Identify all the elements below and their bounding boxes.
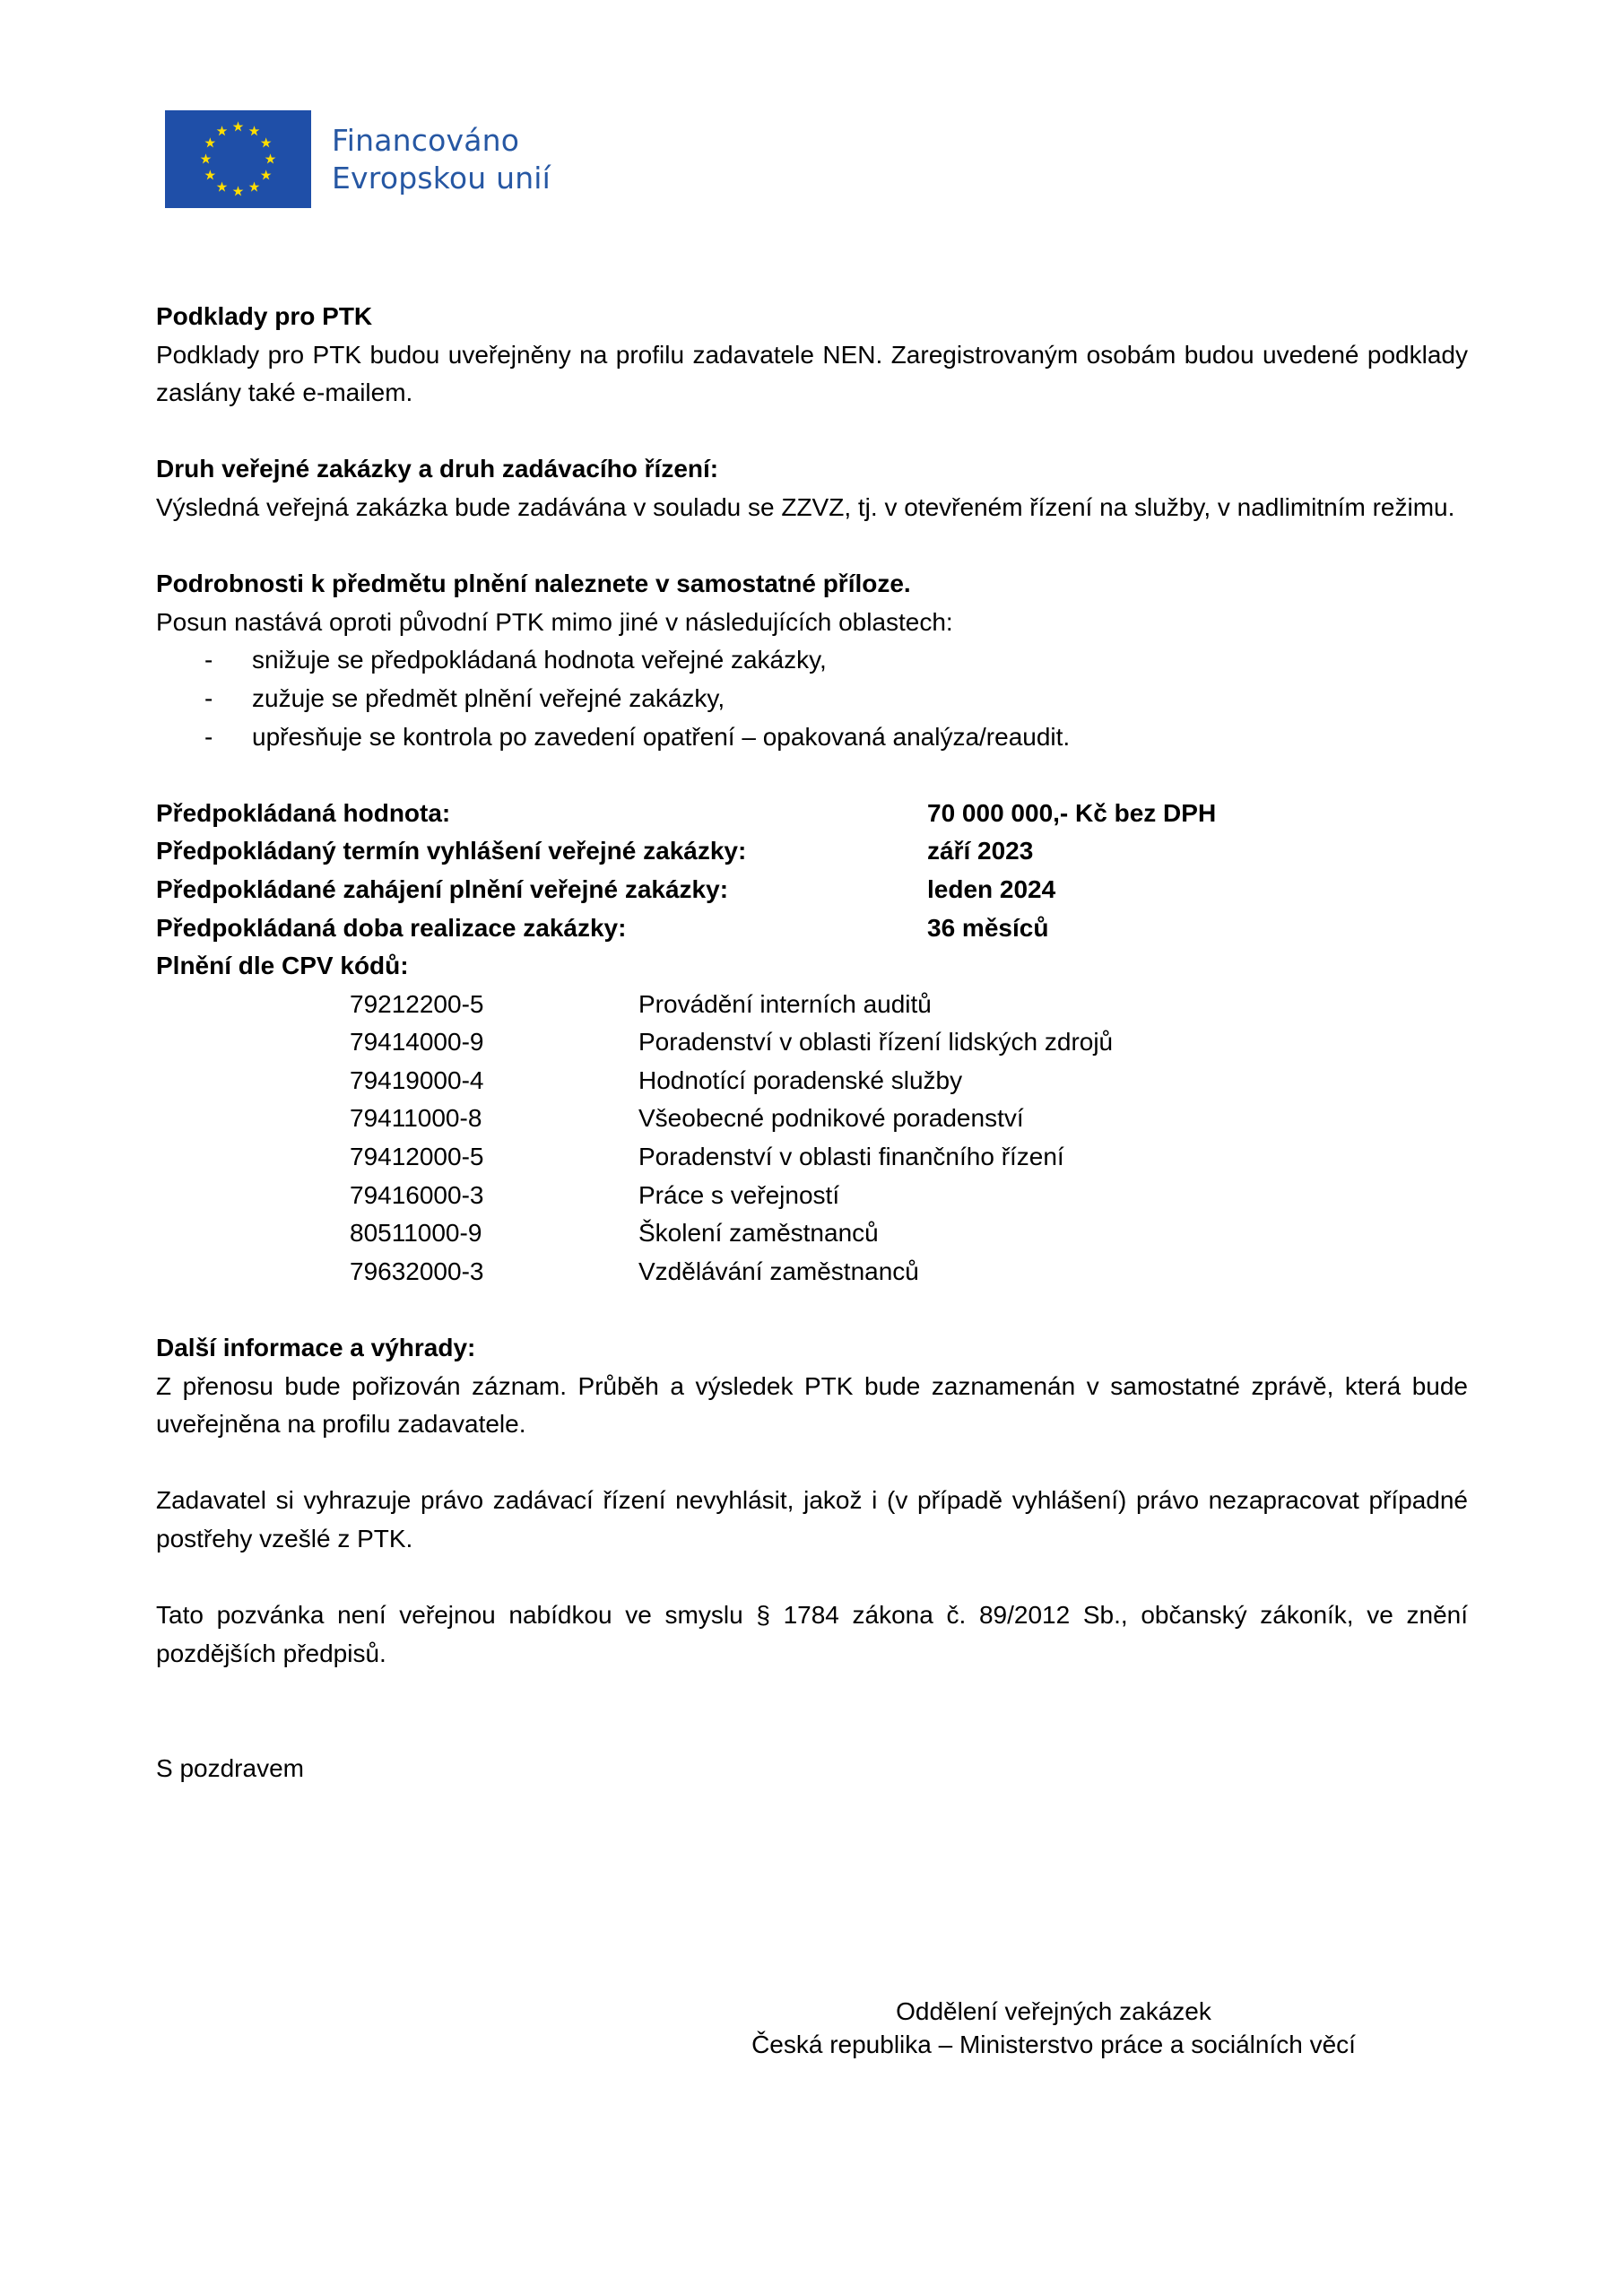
document-page: Financováno Evropskou unií Podklady pro … xyxy=(0,0,1623,2296)
cpv-row: 79419000-4Hodnotící poradenské služby xyxy=(156,1062,1468,1100)
cpv-list: 79212200-5Provádění interních auditů 794… xyxy=(156,986,1468,1291)
cpv-row: 80511000-9Školení zaměstnanců xyxy=(156,1214,1468,1253)
signature-department: Oddělení veřejných zakázek xyxy=(681,1995,1426,2028)
logo-line-2: Evropskou unií xyxy=(332,160,551,197)
list-item: -snižuje se předpokládaná hodnota veřejn… xyxy=(156,641,1468,680)
bullet-dash: - xyxy=(204,718,213,757)
list-item: -zužuje se předmět plnění veřejné zakázk… xyxy=(156,680,1468,718)
cpv-row: 79212200-5Provádění interních auditů xyxy=(156,986,1468,1024)
cpv-row: 79416000-3Práce s veřejností xyxy=(156,1177,1468,1215)
parameter-row-hodnota: Předpokládaná hodnota: 70 000 000,- Kč b… xyxy=(156,795,1468,833)
parameter-row-termin: Předpokládaný termín vyhlášení veřejné z… xyxy=(156,832,1468,871)
signature-block: Oddělení veřejných zakázek Česká republi… xyxy=(681,1995,1426,2061)
paragraph-posun-intro: Posun nastává oproti původní PTK mimo ji… xyxy=(156,604,1468,642)
document-body: Podklady pro PTK Podklady pro PTK budou … xyxy=(156,298,1468,1787)
bullet-dash: - xyxy=(204,680,213,718)
cpv-row: 79414000-9Poradenství v oblasti řízení l… xyxy=(156,1023,1468,1062)
paragraph-zaznam: Z přenosu bude pořizován záznam. Průběh … xyxy=(156,1368,1468,1444)
cpv-row: 79411000-8Všeobecné podnikové poradenstv… xyxy=(156,1100,1468,1138)
paragraph-druh: Výsledná veřejná zakázka bude zadávána v… xyxy=(156,489,1468,527)
logo-text: Financováno Evropskou unií xyxy=(332,122,551,197)
parameter-row-doba: Předpokládaná doba realizace zakázky: 36… xyxy=(156,909,1468,948)
section-heading-druh: Druh veřejné zakázky a druh zadávacího ř… xyxy=(156,450,1468,489)
changes-list: -snižuje se předpokládaná hodnota veřejn… xyxy=(156,641,1468,756)
list-item: -upřesňuje se kontrola po zavedení opatř… xyxy=(156,718,1468,757)
cpv-row: 79412000-5Poradenství v oblasti finanční… xyxy=(156,1138,1468,1177)
cpv-heading: Plnění dle CPV kódů: xyxy=(156,947,1468,986)
paragraph-podklady: Podklady pro PTK budou uveřejněny na pro… xyxy=(156,336,1468,413)
section-heading-podklady: Podklady pro PTK xyxy=(156,298,1468,336)
paragraph-vyhrada: Zadavatel si vyhrazuje právo zadávací ří… xyxy=(156,1482,1468,1558)
section-heading-podrobnosti: Podrobnosti k předmětu plnění naleznete … xyxy=(156,565,1468,604)
logo-line-1: Financováno xyxy=(332,122,551,160)
signature-organization: Česká republika – Ministerstvo práce a s… xyxy=(681,2028,1426,2061)
bullet-dash: - xyxy=(204,641,213,680)
eu-flag-icon xyxy=(165,110,311,208)
section-heading-dalsi: Další informace a výhrady: xyxy=(156,1329,1468,1368)
parameter-row-zahajeni: Předpokládané zahájení plnění veřejné za… xyxy=(156,871,1468,909)
parameters-table: Předpokládaná hodnota: 70 000 000,- Kč b… xyxy=(156,795,1468,947)
paragraph-pravni-upozorneni: Tato pozvánka není veřejnou nabídkou ve … xyxy=(156,1596,1468,1673)
eu-funding-logo: Financováno Evropskou unií xyxy=(165,110,551,208)
cpv-row: 79632000-3Vzdělávání zaměstnanců xyxy=(156,1253,1468,1291)
closing-greeting: S pozdravem xyxy=(156,1750,1468,1788)
